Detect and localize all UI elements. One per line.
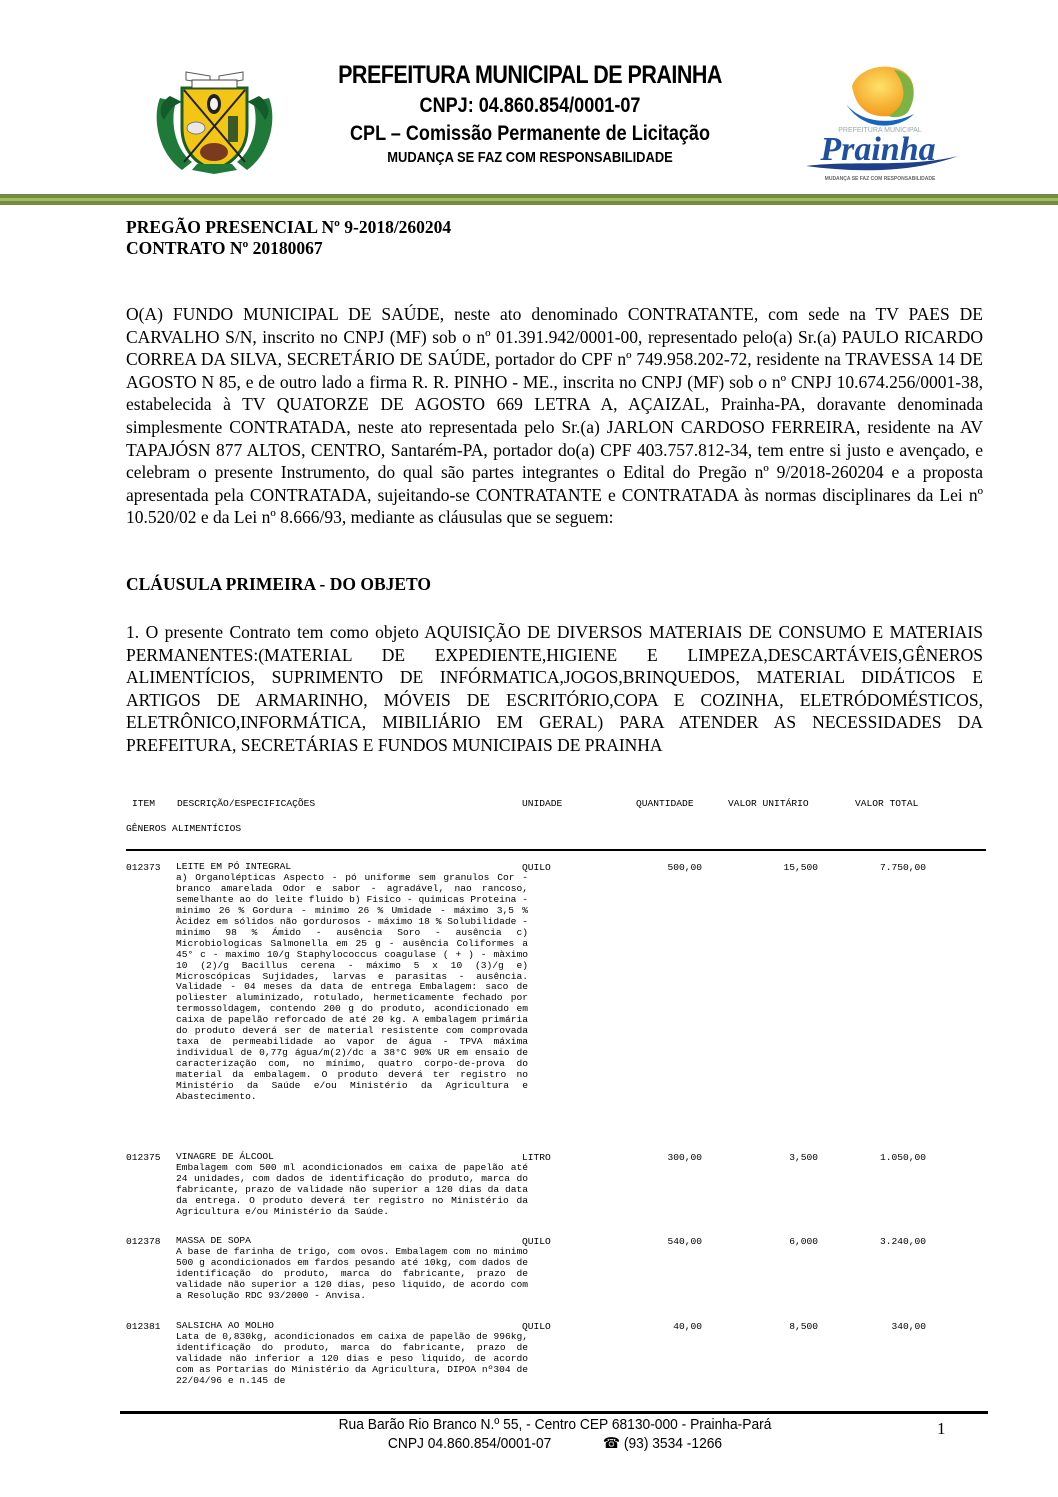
col-description: DESCRIÇÃO/ESPECIFICAÇÕES [177, 798, 315, 809]
item-unit-price: 3,500 [720, 1152, 818, 1163]
item-quantity: 40,00 [600, 1321, 702, 1332]
page-number: 1 [937, 1419, 946, 1439]
item-description: LEITE EM PÓ INTEGRALa) Organolépticas As… [176, 862, 528, 1103]
item-specification: Lata de 0,830kg, acondicionados em caixa… [176, 1331, 528, 1386]
item-total: 1.050,00 [826, 1152, 926, 1163]
contract-preamble: O(A) FUNDO MUNICIPAL DE SAÚDE, neste ato… [126, 303, 983, 529]
table-header: ITEM DESCRIÇÃO/ESPECIFICAÇÕES UNIDADE QU… [0, 798, 1058, 810]
municipality-motto: MUDANÇA SE FAZ COM RESPONSABILIDADE [332, 148, 728, 168]
item-unit: QUILO [522, 1236, 551, 1247]
municipality-cnpj: CNPJ: 04.860.854/0001-07 [332, 92, 728, 120]
col-total: VALOR TOTAL [855, 798, 918, 809]
item-unit-price: 15,500 [720, 862, 818, 873]
col-unit-price: VALOR UNITÁRIO [728, 798, 809, 809]
letterhead: PREFEITURA MUNICIPAL DE PRAINHA CNPJ: 04… [0, 0, 1058, 200]
letterhead-text: PREFEITURA MUNICIPAL DE PRAINHA CNPJ: 04… [300, 60, 760, 168]
item-description: MASSA DE SOPAA base de farinha de trigo,… [176, 1236, 528, 1302]
item-unit-price: 6,000 [720, 1236, 818, 1247]
item-specification: Embalagem com 500 ml acondicionados em c… [176, 1162, 528, 1217]
item-total: 7.750,00 [826, 862, 926, 873]
clause-object-text: 1. O presente Contrato tem como objeto A… [126, 621, 983, 757]
item-total: 3.240,00 [826, 1236, 926, 1247]
col-unit: UNIDADE [522, 798, 562, 809]
footer-phone: (93) 3534 -1266 [624, 1435, 722, 1452]
prainha-brand-logo-icon: PREFEITURA MUNICIPAL Prainha MUDANÇA SE … [790, 56, 970, 186]
item-total: 340,00 [826, 1321, 926, 1332]
footer-address: Rua Barão Rio Branco N.º 55, - Centro CE… [274, 1416, 835, 1433]
item-description: VINAGRE DE ÁLCOOLEmbalagem com 500 ml ac… [176, 1152, 528, 1218]
clause-title: CLÁUSULA PRIMEIRA - DO OBJETO [126, 574, 431, 595]
contract-number: CONTRATO Nº 20180067 [126, 238, 451, 259]
item-quantity: 500,00 [600, 862, 702, 873]
item-description: SALSICHA AO MOLHOLata de 0,830kg, acondi… [176, 1321, 528, 1387]
item-unit: QUILO [522, 862, 551, 873]
item-unit: QUILO [522, 1321, 551, 1332]
document-references: PREGÃO PRESENCIAL Nº 9-2018/260204 CONTR… [126, 217, 451, 259]
footer-contact: CNPJ 04.860.854/0001-07☎ (93) 3534 -1266 [274, 1434, 835, 1452]
item-specification: A base de farinha de trigo, com ovos. Em… [176, 1246, 528, 1301]
item-code: 012381 [126, 1321, 161, 1332]
telephone-icon: ☎ [603, 1435, 620, 1452]
item-code: 012378 [126, 1236, 161, 1247]
item-quantity: 540,00 [600, 1236, 702, 1247]
item-code: 012373 [126, 862, 161, 873]
header-divider [0, 194, 1058, 205]
item-quantity: 300,00 [600, 1152, 702, 1163]
item-code: 012375 [126, 1152, 161, 1163]
item-specification: a) Organolépticas Aspecto - pó uniforme … [176, 872, 528, 1102]
coat-of-arms-icon [152, 58, 277, 176]
svg-text:MUDANÇA SE FAZ COM RESPONSABIL: MUDANÇA SE FAZ COM RESPONSABILIDADE [825, 176, 936, 182]
item-unit-price: 8,500 [720, 1321, 818, 1332]
municipality-title: PREFEITURA MUNICIPAL DE PRAINHA [332, 60, 728, 90]
table-header-rule [126, 849, 986, 851]
col-item: ITEM [132, 798, 155, 809]
footer-rule [120, 1411, 988, 1414]
col-quantity: QUANTIDADE [636, 798, 694, 809]
category-label: GÊNEROS ALIMENTÍCIOS [126, 823, 241, 834]
pregao-number: PREGÃO PRESENCIAL Nº 9-2018/260204 [126, 217, 451, 238]
footer-cnpj: CNPJ 04.860.854/0001-07 [388, 1435, 551, 1452]
item-unit: LITRO [522, 1152, 551, 1163]
commission-name: CPL – Comissão Permanente de Licitação [332, 120, 728, 148]
